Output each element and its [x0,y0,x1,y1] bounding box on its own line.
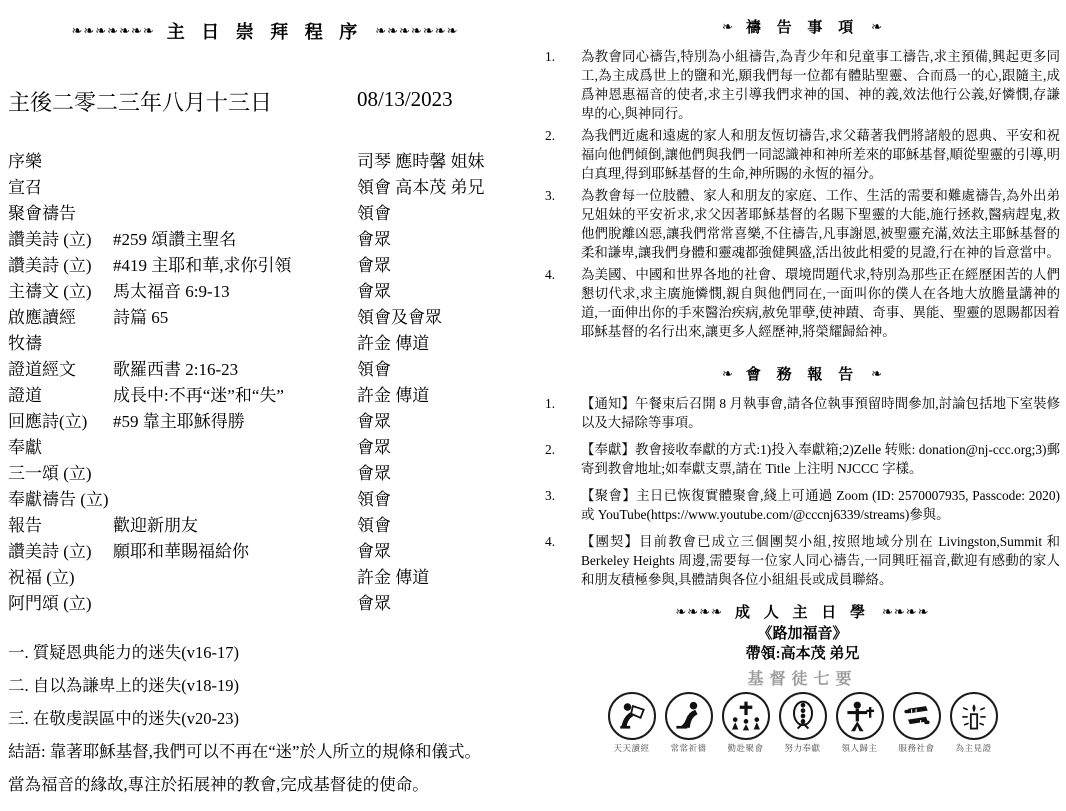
program-row: 讚美詩 (立)#259 頌讚主聖名會眾 [8,224,522,250]
report-item: 4.【團契】目前教會已成立三個團契小組,按照地域分別在 Livingston,S… [545,532,1060,589]
report-list: 1.【通知】午餐束后召開 8 月執事會,請各位執事預留時間參加,討論包括地下室裝… [545,394,1060,589]
sunday-school-title-row: ❧❧❧❧ 成 人 主 日 學 ❧❧❧❧ [545,601,1060,622]
program-item: 回應詩(立) [8,407,113,432]
outline-line: 三. 在敬虔誤區中的迷失(v20-23) [8,702,522,735]
program-row: 讚美詩 (立)#419 主耶和華,求你引領會眾 [8,250,522,276]
item-number: 3. [545,186,581,262]
prayer-title-row: ❧ 禱 告 事 項 ❧ [545,16,1060,37]
report-text: 【聚會】主日已恢復實體聚會,綫上可通過 Zoom (ID: 2570007935… [581,486,1060,524]
program-row: 奉獻會眾 [8,432,522,458]
prayer-list: 1.為教會同心禱告,特別為小組禱告,為青少年和兒童事工禱告,求主預備,興起更多同… [545,47,1060,341]
program-item: 宣召 [8,173,113,198]
ornament-right-icon: ❧❧❧❧❧❧❧ [375,23,458,39]
sermon-outline: 一. 質疑恩典能力的迷失(v16-17) 二. 自以為謙卑上的迷失(v18-19… [8,636,522,801]
prayer-text: 為美國、中國和世界各地的社會、環境問題代求,特別為那些正在經歷困苦的人們懇切代求… [581,265,1060,341]
program-detail: 成長中:不再“迷”和“失” [113,381,357,406]
program-detail: 願耶和華賜福給你 [113,537,357,562]
item-number: 4. [545,265,581,341]
prayer-item: 4.為美國、中國和世界各地的社會、環境問題代求,特別為那些正在經歷困苦的人們懇切… [545,265,1060,341]
program-item: 奉獻 [8,433,113,458]
program-row: 主禱文 (立)馬太福音 6:9-13會眾 [8,276,522,302]
program-who: 領會 高本茂 弟兄 [357,173,522,198]
candle-icon [950,692,998,740]
program-row: 回應詩(立)#59 靠主耶穌得勝會眾 [8,406,522,432]
program-row: 奉獻禱告 (立)領會 [8,484,522,510]
prayer-text: 為我們近處和遠處的家人和朋友恆切禱告,求父藉著我們將諸般的恩典、平安和祝福向他們… [581,126,1060,183]
program-row: 宣召領會 高本茂 弟兄 [8,172,522,198]
item-number: 1. [545,394,581,432]
program-who: 許金 傳道 [357,381,522,406]
report-item: 1.【通知】午餐束后召開 8 月執事會,請各位執事預留時間參加,討論包括地下室裝… [545,394,1060,432]
serving-hands-icon [893,692,941,740]
program-who: 領會 [357,199,522,224]
sunday-school-title: 成 人 主 日 學 [735,601,870,622]
prayer-item: 2.為我們近處和遠處的家人和朋友恆切禱告,求父藉著我們將諸般的恩典、平安和祝福向… [545,126,1060,183]
program-detail: 歌羅西書 2:16-23 [113,355,357,380]
essential-label: 為主見證 [948,742,1000,754]
program-who: 許金 傳道 [357,329,522,354]
program-row: 三一頌 (立)會眾 [8,458,522,484]
program-item: 阿門頌 (立) [8,589,113,614]
program-who: 會眾 [357,225,522,250]
worship-program-title: 主 日 崇 拜 程 序 [167,18,364,44]
program-item: 奉獻禱告 (立) [8,485,113,510]
program-who: 會眾 [357,459,522,484]
outline-conclusion: 當為福音的緣故,專注於拓展神的教會,完成基督徒的使命。 [8,768,522,801]
ornament-left-icon: ❧ [722,19,734,35]
date-row: 主後二零二三年八月十三日 08/13/2023 [8,86,522,120]
kneeling-praying-icon [665,692,713,740]
cross-congregation-glyph [728,698,764,734]
report-section-title: 會 務 報 告 [746,363,859,384]
report-title-row: ❧ 會 務 報 告 ❧ [545,363,1060,384]
program-item: 主禱文 (立) [8,277,113,302]
person-cross-icon [836,692,884,740]
essential-item: 服務社會 [891,692,943,754]
kneeling-praying-glyph [671,698,707,734]
report-text: 【奉獻】教會接收奉獻的方式:1)投入奉獻箱;2)Zelle 转账: donati… [581,440,1060,478]
prayer-section-title: 禱 告 事 項 [746,16,859,37]
ornament-right-icon: ❧ [871,366,883,382]
program-detail: #419 主耶和華,求你引領 [113,251,357,276]
item-number: 2. [545,126,581,183]
program-detail: 歡迎新朋友 [113,511,357,536]
serving-hands-glyph [899,698,935,734]
study-leader: 帶領:高本茂 弟兄 [545,644,1060,664]
program-who: 領會及會眾 [357,303,522,328]
report-text: 【通知】午餐束后召開 8 月執事會,請各位執事預留時間參加,討論包括地下室裝修以… [581,394,1060,432]
program-row: 報告歡迎新朋友領會 [8,510,522,536]
program-who: 會眾 [357,589,522,614]
ornament-left-icon: ❧ [722,366,734,382]
essential-label: 領人歸主 [834,742,886,754]
essential-item: 領人歸主 [834,692,886,754]
essential-label: 努力奉獻 [777,742,829,754]
program-who: 領會 [357,485,522,510]
item-number: 2. [545,440,581,478]
ornament-right-icon: ❧❧❧❧ [882,604,930,620]
program-item: 讚美詩 (立) [8,537,113,562]
worship-program-column: ❧❧❧❧❧❧❧ 主 日 崇 拜 程 序 ❧❧❧❧❧❧❧ 主後二零二三年八月十三日… [8,8,522,801]
ornament-left-icon: ❧❧❧❧ [675,604,723,620]
program-row: 聚會禱告領會 [8,198,522,224]
date-numeric: 08/13/2023 [357,87,453,112]
program-who: 會眾 [357,433,522,458]
essential-item: 天天讀經 [606,692,658,754]
program-who: 會眾 [357,407,522,432]
program-who: 會眾 [357,251,522,276]
program-detail: #59 靠主耶穌得勝 [113,407,357,432]
prayer-text: 為教會每一位肢體、家人和朋友的家庭、工作、生活的需要和難處禱告,為外出弟兄姐妹的… [581,186,1060,262]
program-detail: 馬太福音 6:9-13 [113,277,357,302]
prayer-item: 1.為教會同心禱告,特別為小組禱告,為青少年和兒童事工禱告,求主預備,興起更多同… [545,47,1060,123]
item-number: 4. [545,532,581,589]
outline-line: 二. 自以為謙卑上的迷失(v18-19) [8,669,522,702]
program-who: 許金 傳道 [357,563,522,588]
essential-label: 常常祈禱 [663,742,715,754]
program-item: 讚美詩 (立) [8,225,113,250]
fish-coins-icon [779,692,827,740]
ornament-left-icon: ❧❧❧❧❧❧❧ [72,23,155,39]
program-row: 證道經文歌羅西書 2:16-23領會 [8,354,522,380]
study-book-title: 《路加福音》 [545,624,1060,644]
candle-glyph [956,698,992,734]
announcements-column: ❧ 禱 告 事 項 ❧ 1.為教會同心禱告,特別為小組禱告,為青少年和兒童事工禱… [545,8,1060,754]
program-item: 報告 [8,511,113,536]
program-item: 祝福 (立) [8,563,113,588]
program-item: 證道 [8,381,113,406]
prayer-item: 3.為教會每一位肢體、家人和朋友的家庭、工作、生活的需要和難處禱告,為外出弟兄姐… [545,186,1060,262]
program-who: 領會 [357,511,522,536]
program-item: 證道經文 [8,355,113,380]
outline-conclusion: 結語: 靠著耶穌基督,我們可以不再在“迷”於人所立的規條和儀式。 [8,735,522,768]
seven-essentials-icons: 天天讀經 常常祈禱 [545,692,1060,754]
cross-congregation-icon [722,692,770,740]
program-item: 讚美詩 (立) [8,251,113,276]
program-item: 三一頌 (立) [8,459,113,484]
worship-program-title-row: ❧❧❧❧❧❧❧ 主 日 崇 拜 程 序 ❧❧❧❧❧❧❧ [8,18,522,44]
program-row: 啟應讀經詩篇 65領會及會眾 [8,302,522,328]
program-who: 司琴 應時馨 姐妹 [357,147,522,172]
program-table: 序樂司琴 應時馨 姐妹 宣召領會 高本茂 弟兄 聚會禱告領會 讚美詩 (立)#2… [8,146,522,614]
program-row: 序樂司琴 應時馨 姐妹 [8,146,522,172]
person-cross-glyph [842,698,878,734]
sunday-school-section: ❧❧❧❧ 成 人 主 日 學 ❧❧❧❧ 《路加福音》 帶領:高本茂 弟兄 基督徒… [545,601,1060,754]
program-who: 會眾 [357,537,522,562]
seven-essentials-heading: 基督徒七要 [545,666,1060,689]
bulletin-page: ❧❧❧❧❧❧❧ 主 日 崇 拜 程 序 ❧❧❧❧❧❧❧ 主後二零二三年八月十三日… [0,0,1066,811]
kneeling-reading-glyph [614,698,650,734]
program-row: 牧禱許金 傳道 [8,328,522,354]
program-detail: 詩篇 65 [113,303,357,328]
ornament-right-icon: ❧ [871,19,883,35]
fish-coins-glyph [785,698,821,734]
essential-label: 天天讀經 [606,742,658,754]
kneeling-reading-icon [608,692,656,740]
report-item: 3.【聚會】主日已恢復實體聚會,綫上可通過 Zoom (ID: 25700079… [545,486,1060,524]
program-item: 聚會禱告 [8,199,113,224]
essential-item: 努力奉獻 [777,692,829,754]
essential-label: 勤赴聚會 [720,742,772,754]
essential-item: 勤赴聚會 [720,692,772,754]
program-row: 祝福 (立)許金 傳道 [8,562,522,588]
item-number: 3. [545,486,581,524]
program-row: 讚美詩 (立)願耶和華賜福給你會眾 [8,536,522,562]
date-chinese: 主後二零二三年八月十三日 [8,90,272,115]
program-item: 牧禱 [8,329,113,354]
prayer-text: 為教會同心禱告,特別為小組禱告,為青少年和兒童事工禱告,求主預備,興起更多同工,… [581,47,1060,123]
program-row: 證道成長中:不再“迷”和“失”許金 傳道 [8,380,522,406]
program-who: 領會 [357,355,522,380]
report-text: 【團契】目前教會已成立三個團契小組,按照地域分別在 Livingston,Sum… [581,532,1060,589]
program-row: 阿門頌 (立)會眾 [8,588,522,614]
program-item: 序樂 [8,147,113,172]
outline-line: 一. 質疑恩典能力的迷失(v16-17) [8,636,522,669]
essential-item: 為主見證 [948,692,1000,754]
essential-label: 服務社會 [891,742,943,754]
program-detail: #259 頌讚主聖名 [113,225,357,250]
report-item: 2.【奉獻】教會接收奉獻的方式:1)投入奉獻箱;2)Zelle 转账: dona… [545,440,1060,478]
program-who: 會眾 [357,277,522,302]
essential-item: 常常祈禱 [663,692,715,754]
program-item: 啟應讀經 [8,303,113,328]
item-number: 1. [545,47,581,123]
